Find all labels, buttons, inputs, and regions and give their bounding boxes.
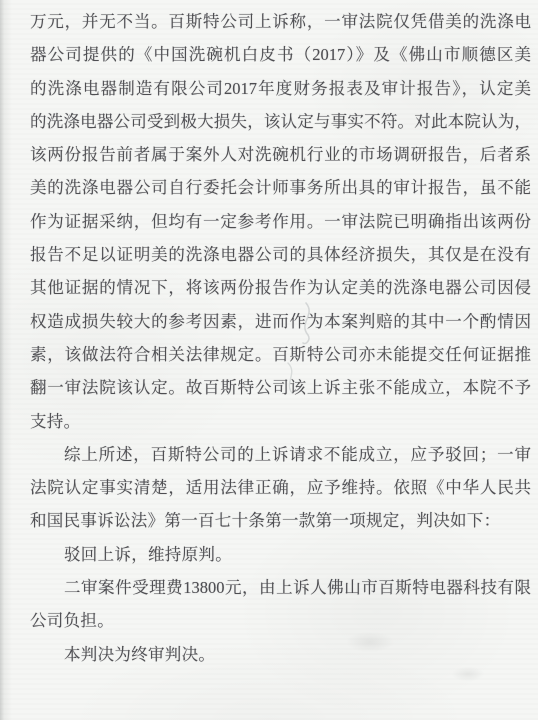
scan-left-edge xyxy=(0,0,12,720)
text-line: 二审案件受理费13800元，由上诉人佛山市百斯特电器科技有限 xyxy=(30,571,531,604)
text-line: 支持。 xyxy=(30,405,531,438)
text-line: 该两份报告前者属于案外人对洗碗机行业的市场调研报告，后者系 xyxy=(30,138,531,171)
text-line: 和国民事诉讼法》第一百七十条第一款第一项规定，判决如下： xyxy=(30,504,531,537)
text-line: 万元，并无不当。百斯特公司上诉称，一审法院仅凭借美的洗涤电 xyxy=(30,5,531,38)
text-line: 器公司提供的《中国洗碗机白皮书（2017）》及《佛山市顺德区美 xyxy=(30,38,531,71)
text-line: 美的洗涤电器公司自行委托会计师事务所出具的审计报告，虽不能 xyxy=(30,171,531,204)
document-page: 万元，并无不当。百斯特公司上诉称，一审法院仅凭借美的洗涤电器公司提供的《中国洗碗… xyxy=(0,0,538,720)
text-line: 报告不足以证明美的洗涤电器公司的具体经济损失，其仅是在没有 xyxy=(30,238,531,271)
text-line: 综上所述，百斯特公司的上诉请求不能成立，应予驳回；一审 xyxy=(30,438,531,471)
text-line: 素，该做法符合相关法律规定。百斯特公司亦未能提交任何证据推 xyxy=(30,338,531,371)
text-line: 其他证据的情况下，将该两份报告作为认定美的洗涤电器公司因侵 xyxy=(30,271,531,304)
text-line: 的洗涤电器制造有限公司2017年度财务报表及审计报告》，认定美 xyxy=(30,72,531,105)
text-line: 公司负担。 xyxy=(30,604,531,637)
text-line: 的洗涤电器公司受到极大损失，该认定与事实不符。对此本院认为， xyxy=(30,105,531,138)
text-line: 法院认定事实清楚，适用法律正确，应予维持。依照《中华人民共 xyxy=(30,471,531,504)
text-line: 本判决为终审判决。 xyxy=(30,638,531,671)
text-line: 翻一审法院该认定。故百斯特公司该上诉主张不能成立，本院不予 xyxy=(30,371,531,404)
text-line: 作为证据采纳，但均有一定参考作用。一审法院已明确指出该两份 xyxy=(30,205,531,238)
text-line: 权造成损失较大的参考因素，进而作为本案判赔的其中一个酌情因 xyxy=(30,305,531,338)
text-block: 万元，并无不当。百斯特公司上诉称，一审法院仅凭借美的洗涤电器公司提供的《中国洗碗… xyxy=(30,5,531,671)
text-line: 驳回上诉，维持原判。 xyxy=(30,538,531,571)
